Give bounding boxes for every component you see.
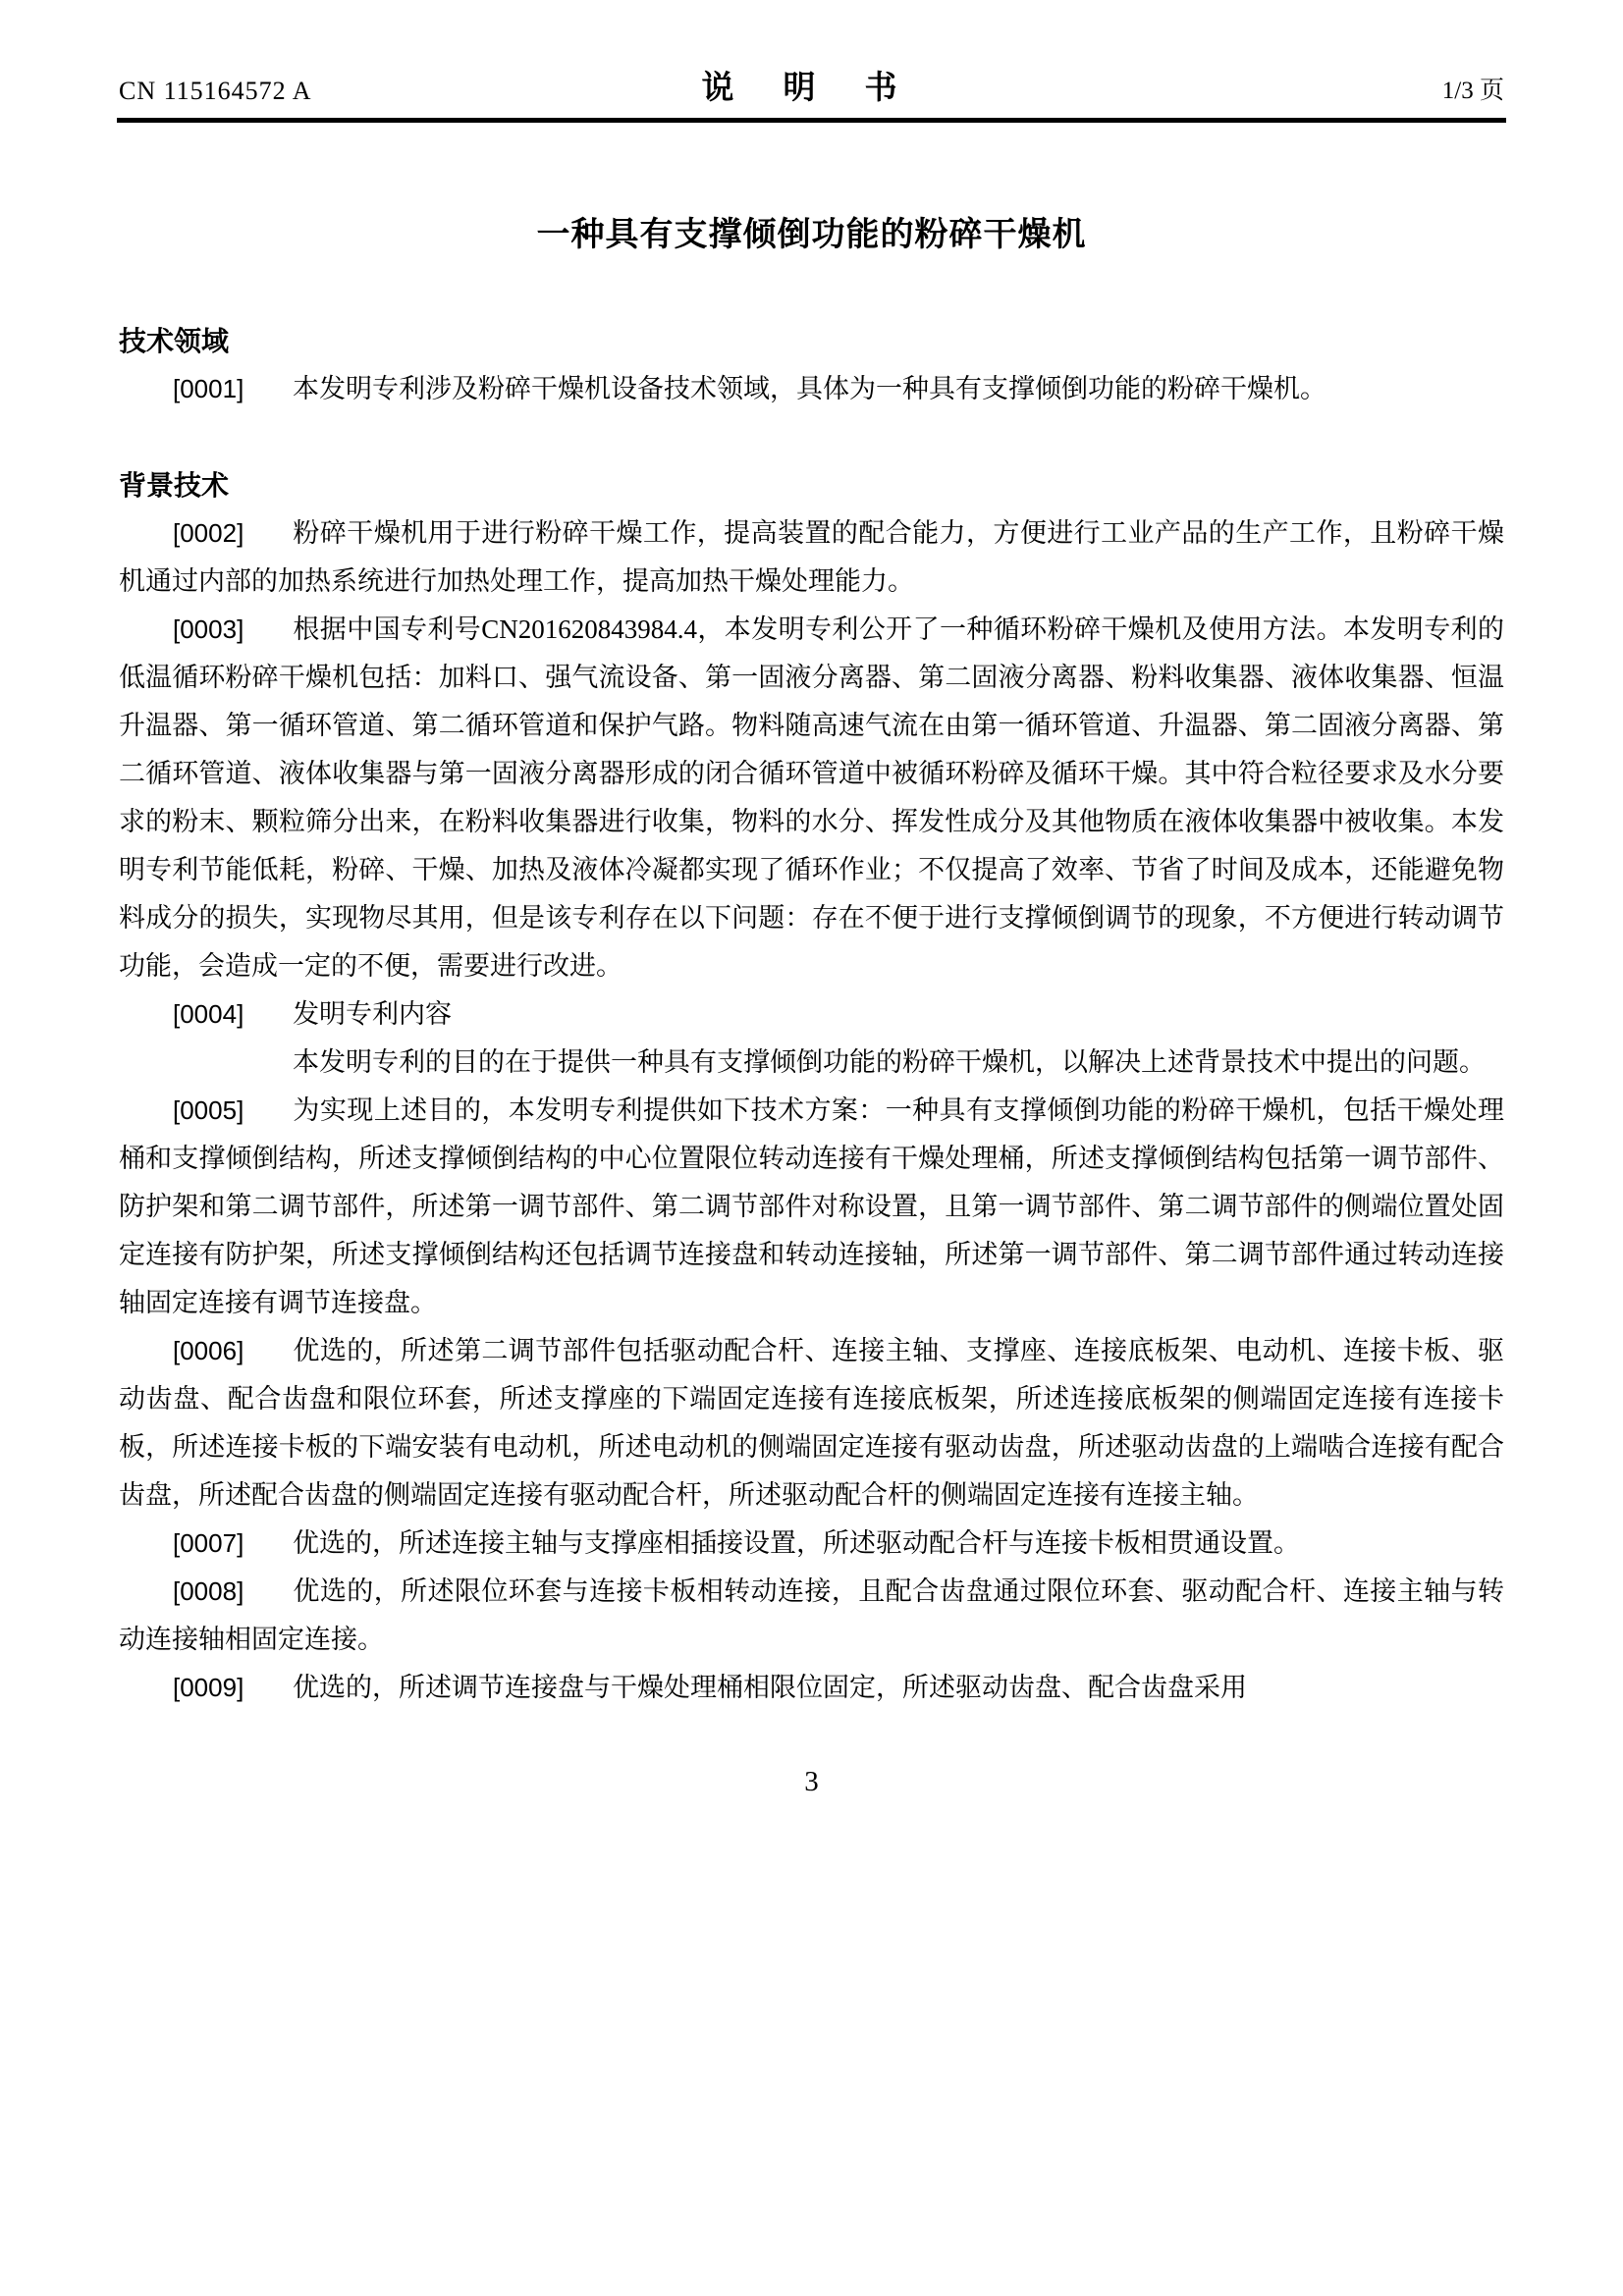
paragraph-0007: [0007]优选的，所述连接主轴与支撑座相插接设置，所述驱动配合杆与连接卡板相贯… [119,1520,1504,1568]
paragraph-text: 根据中国专利号CN201620843984.4，本发明专利公开了一种循环粉碎干燥… [119,614,1504,981]
document-type-title: 说明书 [677,62,947,108]
paragraph-tag: [0002] [173,509,293,558]
paragraph-text: 优选的，所述调节连接盘与干燥处理桶相限位固定，所述驱动齿盘、配合齿盘采用 [293,1673,1247,1702]
page-footer: 3 [0,1765,1623,1798]
paragraph-0005: [0005]为实现上述目的，本发明专利提供如下技术方案：一种具有支撑倾倒功能的粉… [119,1087,1504,1327]
paragraph-text: 本发明专利涉及粉碎干燥机设备技术领域，具体为一种具有支撑倾倒功能的粉碎干燥机。 [293,374,1326,403]
paragraph-tag: [0006] [173,1327,293,1375]
patent-publication-number: CN 115164572 A [119,77,312,106]
page-number: 3 [804,1766,819,1797]
section-heading-background-art: 背景技术 [119,461,1504,509]
paragraph-text: 粉碎干燥机用于进行粉碎干燥工作，提高装置的配合能力，方便进行工业产品的生产工作，… [119,518,1504,596]
paragraph-0006: [0006]优选的，所述第二调节部件包括驱动配合杆、连接主轴、支撑座、连接底板架… [119,1327,1504,1520]
paragraph-text: 优选的，所述限位环套与连接卡板相转动连接，且配合齿盘通过限位环套、驱动配合杆、连… [119,1576,1504,1654]
header-divider-rule [117,118,1506,123]
paragraph-0008: [0008]优选的，所述限位环套与连接卡板相转动连接，且配合齿盘通过限位环套、驱… [119,1568,1504,1664]
paragraph-text: 优选的，所述连接主轴与支撑座相插接设置，所述驱动配合杆与连接卡板相贯通设置。 [293,1528,1300,1558]
paragraph-tag: [0004] [173,990,293,1039]
paragraph-invention-purpose: 本发明专利的目的在于提供一种具有支撑倾倒功能的粉碎干燥机，以解决上述背景技术中提… [119,1039,1504,1087]
page-header: CN 115164572 A 说明书 1/3 页 [119,0,1504,106]
paragraph-tag: [0009] [173,1664,293,1712]
page-indicator: 1/3 页 [1442,71,1504,106]
paragraph-0001: [0001]本发明专利涉及粉碎干燥机设备技术领域，具体为一种具有支撑倾倒功能的粉… [119,365,1504,413]
paragraph-tag: [0005] [173,1087,293,1135]
paragraph-text: 本发明专利的目的在于提供一种具有支撑倾倒功能的粉碎干燥机，以解决上述背景技术中提… [293,1047,1486,1077]
paragraph-tag: [0008] [173,1568,293,1616]
paragraph-text: 优选的，所述第二调节部件包括驱动配合杆、连接主轴、支撑座、连接底板架、电动机、连… [119,1336,1504,1510]
paragraph-0009: [0009]优选的，所述调节连接盘与干燥处理桶相限位固定，所述驱动齿盘、配合齿盘… [119,1664,1504,1712]
invention-title: 一种具有支撑倾倒功能的粉碎干燥机 [119,213,1504,256]
section-heading-technical-field: 技术领域 [119,317,1504,365]
paragraph-text: 发明专利内容 [293,999,452,1029]
paragraph-tag: [0001] [173,365,293,413]
paragraph-0002: [0002]粉碎干燥机用于进行粉碎干燥工作，提高装置的配合能力，方便进行工业产品… [119,509,1504,606]
paragraph-tag: [0003] [173,606,293,654]
description-body: 技术领域 [0001]本发明专利涉及粉碎干燥机设备技术领域，具体为一种具有支撑倾… [119,317,1504,1712]
patent-description-page: CN 115164572 A 说明书 1/3 页 一种具有支撑倾倒功能的粉碎干燥… [0,0,1623,2296]
paragraph-0003: [0003]根据中国专利号CN201620843984.4，本发明专利公开了一种… [119,606,1504,990]
paragraph-text: 为实现上述目的，本发明专利提供如下技术方案：一种具有支撑倾倒功能的粉碎干燥机，包… [119,1095,1504,1317]
paragraph-tag: [0007] [173,1520,293,1568]
paragraph-0004: [0004]发明专利内容 [119,990,1504,1039]
